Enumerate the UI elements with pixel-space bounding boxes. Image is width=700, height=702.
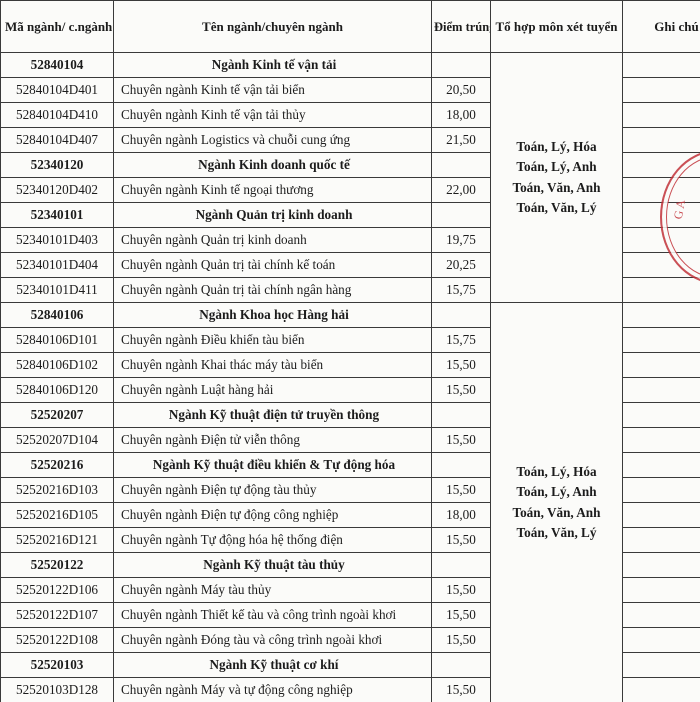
cell-score: 18,00	[432, 103, 491, 128]
cell-name: Ngành Kỹ thuật điều khiển & Tự động hóa	[114, 453, 432, 478]
cell-score: 15,50	[432, 578, 491, 603]
cell-code: 52520122D107	[1, 603, 114, 628]
cell-score: 15,50	[432, 528, 491, 553]
cell-code: 52520103	[1, 653, 114, 678]
cell-note	[623, 453, 700, 478]
cell-code: 52520122D108	[1, 628, 114, 653]
cell-code: 52840104D407	[1, 128, 114, 153]
cell-name: Chuyên ngành Điện tự động tàu thủy	[114, 478, 432, 503]
cell-score	[432, 153, 491, 178]
header-code: Mã ngành/ c.ngành	[1, 1, 114, 53]
header-score: Điểm trúng tuyển	[432, 1, 491, 53]
cell-name: Chuyên ngành Luật hàng hải	[114, 378, 432, 403]
cell-note	[623, 328, 700, 353]
cell-note	[623, 628, 700, 653]
cell-note	[623, 278, 700, 303]
cell-note	[623, 403, 700, 428]
cell-score	[432, 403, 491, 428]
major-row: 52840106Ngành Khoa học Hàng hảiToán, Lý,…	[1, 303, 700, 328]
cell-note	[623, 678, 700, 702]
cell-note	[623, 78, 700, 103]
admission-scores-table: Mã ngành/ c.ngành Tên ngành/chuyên ngành…	[0, 0, 700, 702]
cell-code: 52840104	[1, 53, 114, 78]
cell-name: Chuyên ngành Kinh tế ngoại thương	[114, 178, 432, 203]
cell-combo: Toán, Lý, HóaToán, Lý, AnhToán, Văn, Anh…	[491, 53, 623, 303]
cell-name: Chuyên ngành Quản trị tài chính ngân hàn…	[114, 278, 432, 303]
cell-score	[432, 453, 491, 478]
cell-code: 52340101D411	[1, 278, 114, 303]
cell-code: 52340101D404	[1, 253, 114, 278]
cell-name: Ngành Kỹ thuật tàu thủy	[114, 553, 432, 578]
header-note: Ghi chú	[623, 1, 700, 53]
cell-score: 15,50	[432, 603, 491, 628]
cell-score: 15,50	[432, 353, 491, 378]
cell-code: 52840106D102	[1, 353, 114, 378]
cell-code: 52520207	[1, 403, 114, 428]
cell-note	[623, 153, 700, 178]
cell-name: Chuyên ngành Quản trị tài chính kế toán	[114, 253, 432, 278]
cell-note	[623, 553, 700, 578]
combo-item: Toán, Lý, Hóa	[495, 137, 618, 158]
cell-score: 20,25	[432, 253, 491, 278]
combo-item: Toán, Văn, Lý	[495, 198, 618, 219]
cell-note	[623, 603, 700, 628]
cell-score	[432, 303, 491, 328]
cell-code: 52340120	[1, 153, 114, 178]
cell-note	[623, 353, 700, 378]
cell-name: Chuyên ngành Máy và tự động công nghiệp	[114, 678, 432, 702]
combo-item: Toán, Lý, Anh	[495, 482, 618, 503]
cell-name: Ngành Quản trị kinh doanh	[114, 203, 432, 228]
cell-name: Chuyên ngành Thiết kế tàu và công trình …	[114, 603, 432, 628]
cell-score: 15,50	[432, 478, 491, 503]
cell-note	[623, 503, 700, 528]
cell-name: Chuyên ngành Điều khiển tàu biển	[114, 328, 432, 353]
cell-code: 52520216D105	[1, 503, 114, 528]
cell-note	[623, 203, 700, 228]
cell-note	[623, 228, 700, 253]
cell-score: 20,50	[432, 78, 491, 103]
cell-note	[623, 528, 700, 553]
cell-note	[623, 128, 700, 153]
table-body: 52840104Ngành Kinh tế vận tảiToán, Lý, H…	[1, 53, 700, 702]
cell-note	[623, 178, 700, 203]
cell-name: Chuyên ngành Kinh tế vận tải thủy	[114, 103, 432, 128]
cell-name: Chuyên ngành Điện tự động công nghiệp	[114, 503, 432, 528]
cell-code: 52340120D402	[1, 178, 114, 203]
cell-name: Ngành Kỹ thuật cơ khí	[114, 653, 432, 678]
cell-score: 18,00	[432, 503, 491, 528]
cell-note	[623, 653, 700, 678]
cell-name: Chuyên ngành Máy tàu thủy	[114, 578, 432, 603]
cell-name: Chuyên ngành Tự động hóa hệ thống điện	[114, 528, 432, 553]
combo-item: Toán, Lý, Hóa	[495, 462, 618, 483]
header-combo: Tổ hợp môn xét tuyển	[491, 1, 623, 53]
cell-name: Ngành Kinh tế vận tải	[114, 53, 432, 78]
cell-code: 52520103D128	[1, 678, 114, 702]
cell-score: 15,50	[432, 678, 491, 702]
cell-name: Chuyên ngành Quản trị kinh doanh	[114, 228, 432, 253]
cell-score: 15,50	[432, 428, 491, 453]
cell-code: 52520216	[1, 453, 114, 478]
cell-score	[432, 653, 491, 678]
combo-item: Toán, Lý, Anh	[495, 157, 618, 178]
cell-note	[623, 428, 700, 453]
cell-score	[432, 53, 491, 78]
cell-code: 52840106	[1, 303, 114, 328]
cell-name: Chuyên ngành Khai thác máy tàu biển	[114, 353, 432, 378]
cell-score: 19,75	[432, 228, 491, 253]
cell-code: 52840106D101	[1, 328, 114, 353]
cell-note	[623, 578, 700, 603]
cell-name: Chuyên ngành Đóng tàu và công trình ngoà…	[114, 628, 432, 653]
cell-name: Ngành Kinh doanh quốc tế	[114, 153, 432, 178]
cell-score: 15,50	[432, 378, 491, 403]
cell-score	[432, 553, 491, 578]
cell-score: 15,50	[432, 628, 491, 653]
cell-name: Ngành Khoa học Hàng hải	[114, 303, 432, 328]
cell-score	[432, 203, 491, 228]
cell-combo: Toán, Lý, HóaToán, Lý, AnhToán, Văn, Anh…	[491, 303, 623, 702]
cell-name: Chuyên ngành Kinh tế vận tải biển	[114, 78, 432, 103]
combo-item: Toán, Văn, Anh	[495, 503, 618, 524]
cell-code: 52520122	[1, 553, 114, 578]
cell-code: 52340101D403	[1, 228, 114, 253]
cell-score: 21,50	[432, 128, 491, 153]
cell-code: 52840104D410	[1, 103, 114, 128]
cell-name: Ngành Kỹ thuật điện tử truyền thông	[114, 403, 432, 428]
cell-code: 52520122D106	[1, 578, 114, 603]
cell-note	[623, 303, 700, 328]
cell-score: 15,75	[432, 328, 491, 353]
cell-note	[623, 103, 700, 128]
header-row: Mã ngành/ c.ngành Tên ngành/chuyên ngành…	[1, 1, 700, 53]
cell-note	[623, 478, 700, 503]
cell-code: 52520216D103	[1, 478, 114, 503]
cell-note	[623, 253, 700, 278]
cell-code: 52520216D121	[1, 528, 114, 553]
combo-item: Toán, Văn, Lý	[495, 523, 618, 544]
cell-code: 52340101	[1, 203, 114, 228]
combo-item: Toán, Văn, Anh	[495, 178, 618, 199]
cell-code: 52840106D120	[1, 378, 114, 403]
cell-score: 22,00	[432, 178, 491, 203]
cell-code: 52520207D104	[1, 428, 114, 453]
cell-note	[623, 53, 700, 78]
major-row: 52840104Ngành Kinh tế vận tảiToán, Lý, H…	[1, 53, 700, 78]
cell-name: Chuyên ngành Logistics và chuỗi cung ứng	[114, 128, 432, 153]
cell-code: 52840104D401	[1, 78, 114, 103]
cell-name: Chuyên ngành Điện tử viễn thông	[114, 428, 432, 453]
cell-score: 15,75	[432, 278, 491, 303]
header-name: Tên ngành/chuyên ngành	[114, 1, 432, 53]
cell-note	[623, 378, 700, 403]
